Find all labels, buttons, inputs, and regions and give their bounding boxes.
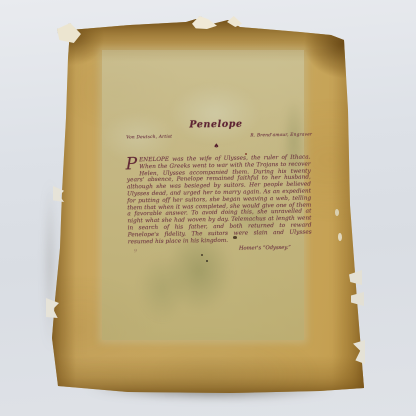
engraver-credit: R. Brend'amour, Engraver — [250, 132, 312, 138]
body-paragraph: PENELOPE was the wife of Ulysses, the ru… — [116, 154, 319, 246]
printer-ornament-icon: ♠ — [115, 141, 317, 150]
artist-credit: Von Deutsch, Artist — [126, 135, 172, 141]
credits-row: Von Deutsch, Artist R. Brend'amour, Engr… — [115, 132, 317, 140]
photo-background: Penelope Von Deutsch, Artist R. Brend'am… — [0, 0, 416, 416]
ink-speck — [245, 153, 247, 155]
body-text: ENELOPE was the wife of Ulysses, the rul… — [127, 155, 312, 245]
citation: Homer's “Odyssey.” — [239, 245, 291, 252]
damage-spot — [338, 233, 342, 241]
drop-cap: P — [126, 158, 138, 171]
page-title: Penelope — [115, 117, 317, 131]
damage-spot — [335, 209, 339, 216]
page-number: 9 — [134, 250, 137, 255]
ink-speck — [201, 254, 203, 256]
ink-speck — [233, 236, 237, 239]
paper-sheet: Penelope Von Deutsch, Artist R. Brend'am… — [0, 0, 416, 416]
letterpress-text-block: Penelope Von Deutsch, Artist R. Brend'am… — [115, 117, 319, 257]
